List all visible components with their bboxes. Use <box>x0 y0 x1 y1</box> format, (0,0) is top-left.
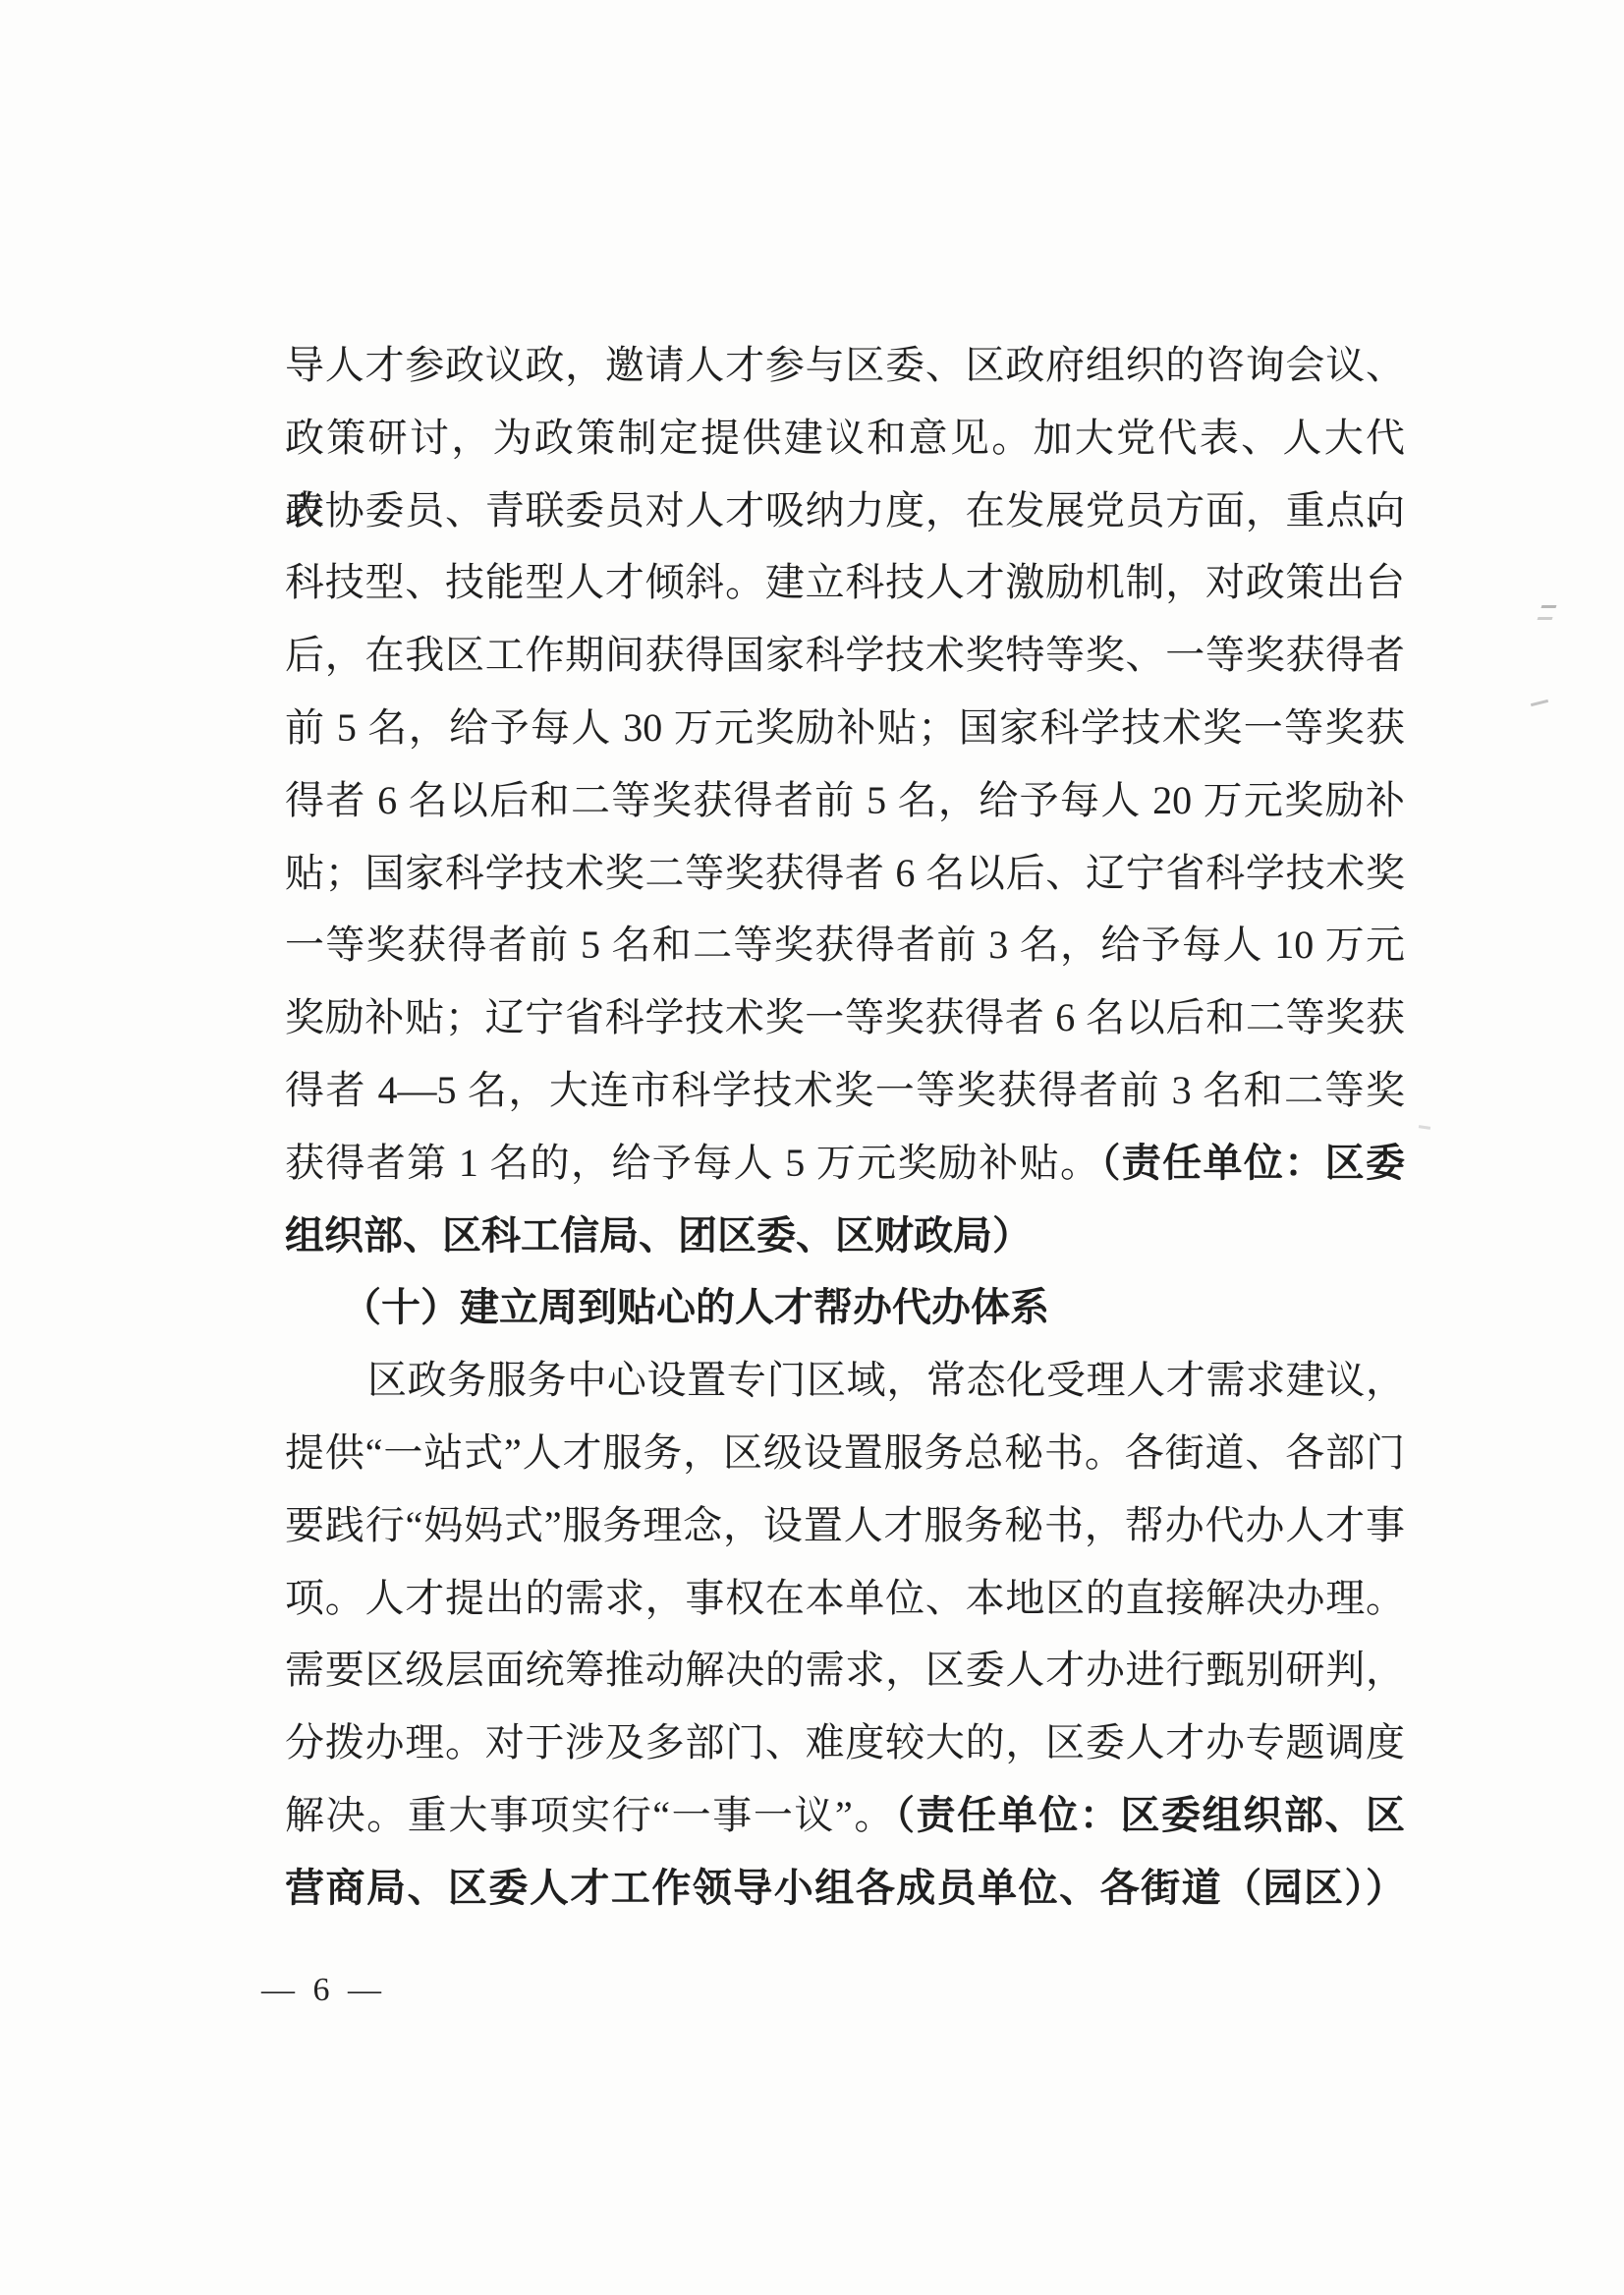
responsible-unit-text: （责任单位：区委组织部、区 <box>895 1794 1405 1837</box>
body-text: 获得者第 1 名的，给予每人 5 万元奖励补贴。 <box>285 1141 1100 1185</box>
text-line: 得者 6 名以后和二等奖获得者前 5 名，给予每人 20 万元奖励补 <box>285 764 1405 837</box>
text-line: 前 5 名，给予每人 30 万元奖励补贴；国家科学技术奖一等奖获 <box>285 692 1405 764</box>
body-text: 分拨办理。对于涉及多部门、难度较大的，区委人才办专题调度 <box>285 1720 1405 1764</box>
scan-artifact <box>1419 1125 1430 1130</box>
scan-artifact <box>1531 700 1548 706</box>
text-line: 后，在我区工作期间获得国家科学技术奖特等奖、一等奖获得者 <box>285 619 1405 692</box>
text-line: 解决。重大事项实行“一事一议”。（责任单位：区委组织部、区 <box>285 1779 1405 1852</box>
text-line: 科技型、技能型人才倾斜。建立科技人才激励机制，对政策出台 <box>285 546 1405 619</box>
responsible-unit-text: 组织部、区科工信局、团区委、区财政局） <box>285 1214 1032 1258</box>
text-line: 区政务服务中心设置专门区域，常态化受理人才需求建议， <box>285 1344 1405 1417</box>
body-text: 提供“一站式”人才服务，区级设置服务总秘书。各街道、各部门 <box>285 1430 1405 1475</box>
text-line: 政协委员、青联委员对人才吸纳力度，在发展党员方面，重点向 <box>285 475 1405 547</box>
body-text: 需要区级层面统筹推动解决的需求，区委人才办进行甄别研判， <box>285 1648 1405 1692</box>
body-text: 政协委员、青联委员对人才吸纳力度，在发展党员方面，重点向 <box>285 488 1405 532</box>
text-line: 提供“一站式”人才服务，区级设置服务总秘书。各街道、各部门 <box>285 1417 1405 1489</box>
scan-artifact <box>1538 605 1557 620</box>
body-text: 科技型、技能型人才倾斜。建立科技人才激励机制，对政策出台 <box>285 560 1405 604</box>
text-line: 分拨办理。对于涉及多部门、难度较大的，区委人才办专题调度 <box>285 1707 1405 1779</box>
body-text: 得者 4—5 名，大连市科学技术奖一等奖获得者前 3 名和二等奖 <box>285 1068 1405 1112</box>
body-text: 区政务服务中心设置专门区域，常态化受理人才需求建议， <box>367 1358 1405 1402</box>
body-text: 后，在我区工作期间获得国家科学技术奖特等奖、一等奖获得者 <box>285 633 1405 677</box>
text-line: 要践行“妈妈式”服务理念，设置人才服务秘书，帮办代办人才事 <box>285 1489 1405 1562</box>
text-line: 贴；国家科学技术奖二等奖获得者 6 名以后、辽宁省科学技术奖 <box>285 837 1405 910</box>
body-text: 得者 6 名以后和二等奖获得者前 5 名，给予每人 20 万元奖励补 <box>285 778 1405 822</box>
body-text: 导人才参政议政，邀请人才参与区委、区政府组织的咨询会议、 <box>285 343 1405 387</box>
body-text: 前 5 名，给予每人 30 万元奖励补贴；国家科学技术奖一等奖获 <box>285 705 1405 750</box>
text-line: 需要区级层面统筹推动解决的需求，区委人才办进行甄别研判， <box>285 1634 1405 1707</box>
text-line: 一等奖获得者前 5 名和二等奖获得者前 3 名，给予每人 10 万元 <box>285 909 1405 981</box>
document-page: 导人才参政议政，邀请人才参与区委、区政府组织的咨询会议、政策研讨，为政策制定提供… <box>0 0 1624 2295</box>
responsible-unit-text: （责任单位：区委 <box>1100 1142 1405 1185</box>
text-line: 导人才参政议政，邀请人才参与区委、区政府组织的咨询会议、 <box>285 329 1405 402</box>
body-text: 项。人才提出的需求，事权在本单位、本地区的直接解决办理。 <box>285 1576 1405 1620</box>
text-line: 项。人才提出的需求，事权在本单位、本地区的直接解决办理。 <box>285 1562 1405 1635</box>
body-text: 要践行“妈妈式”服务理念，设置人才服务秘书，帮办代办人才事 <box>285 1503 1405 1547</box>
text-line: 组织部、区科工信局、团区委、区财政局） <box>285 1200 1405 1272</box>
text-line: 营商局、区委人才工作领导小组各成员单位、各街道（园区）） <box>285 1852 1405 1925</box>
text-line: 得者 4—5 名，大连市科学技术奖一等奖获得者前 3 名和二等奖 <box>285 1054 1405 1127</box>
body-text: 奖励补贴；辽宁省科学技术奖一等奖获得者 6 名以后和二等奖获 <box>285 995 1405 1039</box>
page-number: — 6 — <box>261 1971 386 2010</box>
text-line: 获得者第 1 名的，给予每人 5 万元奖励补贴。（责任单位：区委 <box>285 1127 1405 1200</box>
text-line: 政策研讨，为政策制定提供建议和意见。加大党代表、人大代表、 <box>285 402 1405 475</box>
document-body: 导人才参政议政，邀请人才参与区委、区政府组织的咨询会议、政策研讨，为政策制定提供… <box>285 329 1405 1925</box>
body-text: 贴；国家科学技术奖二等奖获得者 6 名以后、辽宁省科学技术奖 <box>285 851 1405 895</box>
text-line: 奖励补贴；辽宁省科学技术奖一等奖获得者 6 名以后和二等奖获 <box>285 981 1405 1054</box>
body-text: 一等奖获得者前 5 名和二等奖获得者前 3 名，给予每人 10 万元 <box>285 923 1405 967</box>
section-heading-text: （十）建立周到贴心的人才帮办代办体系 <box>342 1285 1049 1329</box>
responsible-unit-text: 营商局、区委人才工作领导小组各成员单位、各街道（园区）） <box>285 1867 1405 1910</box>
body-text: 解决。重大事项实行“一事一议”。 <box>285 1793 895 1837</box>
text-line: （十）建立周到贴心的人才帮办代办体系 <box>285 1271 1405 1344</box>
